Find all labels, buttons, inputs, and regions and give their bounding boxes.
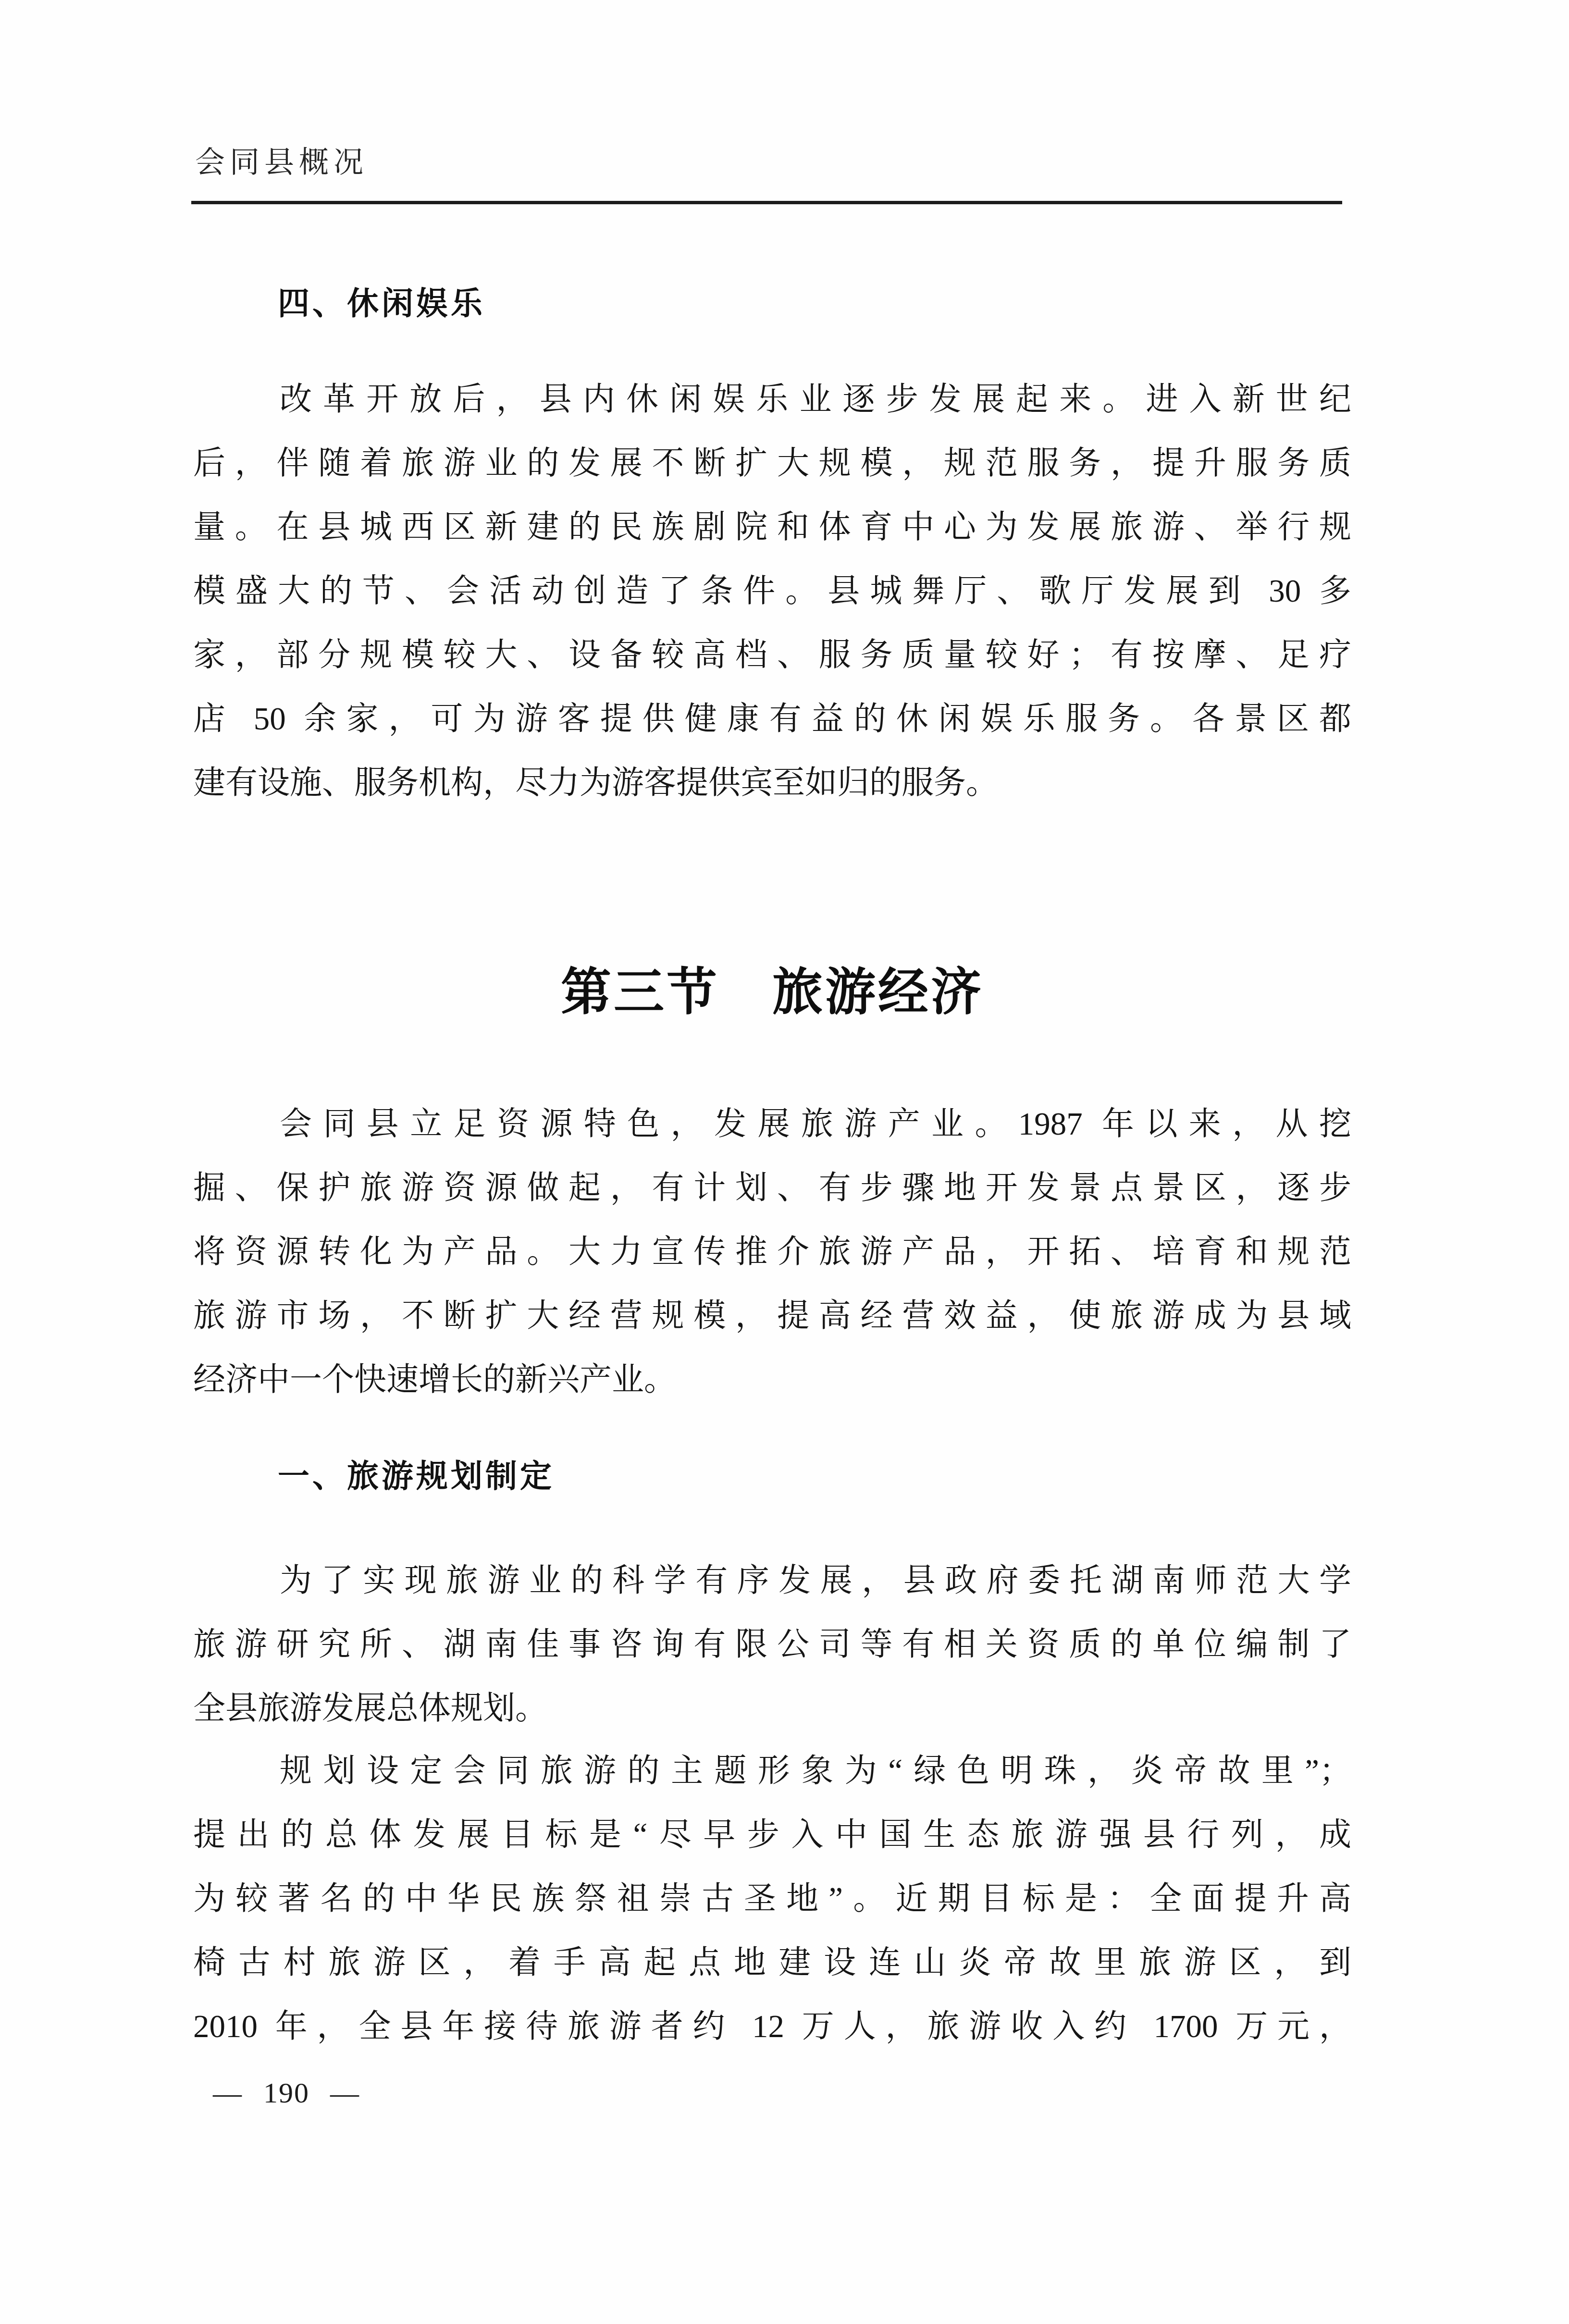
text-line: 椅古村旅游区，着手高起点地建设连山炎帝故里旅游区，到	[193, 1931, 1351, 1995]
text-line: 经济中一个快速增长的新兴产业。	[193, 1348, 1351, 1412]
text-line: 量。在县城西区新建的民族剧院和体育中心为发展旅游、举行规	[193, 495, 1351, 559]
text-line: 为了实现旅游业的科学有序发展，县政府委托湖南师范大学	[193, 1549, 1351, 1613]
section-heading-tourism-economy: 第三节 旅游经济	[193, 967, 1351, 1017]
text-line: 旅游研究所、湖南佳事咨询有限公司等有相关资质的单位编制了	[193, 1613, 1351, 1677]
paragraph-planning-goals: 规划设定会同旅游的主题形象为“绿色明珠，炎帝故里”； 提出的总体发展目标是“尽早…	[193, 1739, 1351, 2059]
paragraph-planning-commission: 为了实现旅游业的科学有序发展，县政府委托湖南师范大学 旅游研究所、湖南佳事咨询有…	[193, 1549, 1351, 1741]
text-line: 2010 年，全县年接待旅游者约 12 万人，旅游收入约 1700 万元，	[193, 1995, 1351, 2059]
header-rule	[191, 201, 1342, 204]
running-header: 会同县概况	[195, 148, 368, 178]
page-number: — 190 —	[213, 2078, 360, 2107]
text-line: 改革开放后，县内休闲娱乐业逐步发展起来。进入新世纪	[193, 368, 1351, 432]
paragraph-leisure: 改革开放后，县内休闲娱乐业逐步发展起来。进入新世纪 后，伴随着旅游业的发展不断扩…	[193, 368, 1351, 815]
text-line: 规划设定会同旅游的主题形象为“绿色明珠，炎帝故里”；	[193, 1739, 1351, 1803]
book-page: 会同县概况 四、休闲娱乐 改革开放后，县内休闲娱乐业逐步发展起来。进入新世纪 后…	[0, 0, 1569, 2324]
paragraph-tourism-intro: 会同县立足资源特色，发展旅游产业。1987 年以来，从挖 掘、保护旅游资源做起，…	[193, 1092, 1351, 1412]
subsection-heading-planning: 一、旅游规划制定	[278, 1460, 555, 1492]
text-line: 家，部分规模较大、设备较高档、服务质量较好；有按摩、足疗	[193, 623, 1351, 687]
text-line: 建有设施、服务机构，尽力为游客提供宾至如归的服务。	[193, 751, 1351, 815]
text-line: 模盛大的节、会活动创造了条件。县城舞厅、歌厅发展到 30 多	[193, 559, 1351, 623]
text-line: 为较著名的中华民族祭祖崇古圣地”。近期目标是：全面提升高	[193, 1867, 1351, 1931]
text-line: 全县旅游发展总体规划。	[193, 1677, 1351, 1741]
text-line: 后，伴随着旅游业的发展不断扩大规模，规范服务，提升服务质	[193, 432, 1351, 495]
text-line: 提出的总体发展目标是“尽早步入中国生态旅游强县行列，成	[193, 1803, 1351, 1867]
subsection-heading-leisure: 四、休闲娱乐	[278, 287, 485, 319]
text-line: 将资源转化为产品。大力宣传推介旅游产品，开拓、培育和规范	[193, 1220, 1351, 1284]
text-line: 掘、保护旅游资源做起，有计划、有步骤地开发景点景区，逐步	[193, 1156, 1351, 1220]
text-line: 旅游市场，不断扩大经营规模，提高经营效益，使旅游成为县域	[193, 1284, 1351, 1348]
text-line: 会同县立足资源特色，发展旅游产业。1987 年以来，从挖	[193, 1092, 1351, 1156]
text-line: 店 50 余家，可为游客提供健康有益的休闲娱乐服务。各景区都	[193, 687, 1351, 751]
